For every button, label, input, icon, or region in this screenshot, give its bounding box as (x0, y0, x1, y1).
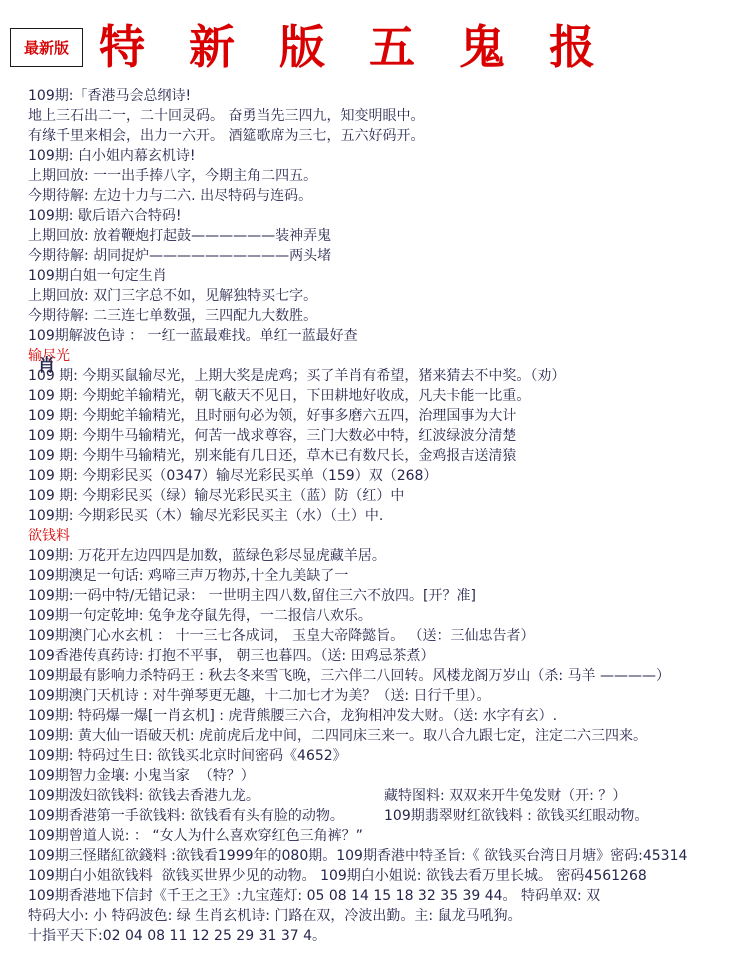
text-line: 今期待解: 二三连七单数强，三四配九大数胜。 (28, 306, 729, 326)
text-line: 上期回放: 一一出手捧八字，今期主角二四五。 (28, 166, 729, 186)
text-segment: 特码大小: 小 特码波色: 绿 生肖玄机诗: 门路在双，冷波出勤。主: 鼠龙马吼… (28, 908, 522, 924)
text-line: 欲钱料 (28, 526, 729, 546)
text-line: 109 期: 今期牛马输精光，何苦一战求尊容，三门大数必中特，红波绿波分清楚 (28, 426, 729, 446)
text-segment: 109期: 黄大仙一语破天机: 虎前虎后龙中间，二四同床三来一。取八合九跟七定，… (28, 728, 647, 744)
stray-char: 肖 (38, 356, 55, 376)
text-line: 109期一句定乾坤: 兔争龙夺鼠先得，一二报信八欢乐。 (28, 606, 729, 626)
text-segment: 109期澳足一句话: 鸡啼三声万物苏,十全九美缺了一 (28, 568, 348, 584)
text-line: 109期: 特码爆一爆[一肖玄机] : 虎背熊腰三六合，龙狗相冲发大财。（送: … (28, 706, 729, 726)
text-segment: 109期: 歇后语六合特码! (28, 208, 182, 224)
text-segment: 上期回放: 一一出手捧八字，今期主角二四五。 (28, 168, 317, 184)
text-line: 109期澳足一句话: 鸡啼三声万物苏,十全九美缺了一 (28, 566, 729, 586)
text-line: 特码大小: 小 特码波色: 绿 生肖玄机诗: 门路在双，冷波出勤。主: 鼠龙马吼… (28, 906, 729, 926)
text-segment: 109期: 今期彩民买（木）输尽光彩民买主（水）（土）中. (28, 508, 383, 524)
text-line: 109期:一码中特/无错记录： 一世明主四八数,留住三六不放四。[开？准] (28, 586, 729, 606)
text-segment: 109期三怪賭紅欲錢料 :欲钱看1999年的080期。109期香港中特圣旨:《 … (28, 848, 687, 864)
text-line: 109期香港地下信封《千王之王》:九宝莲灯: 05 08 14 15 18 32… (28, 886, 729, 906)
text-line: 109期: 今期彩民买（木）输尽光彩民买主（水）（土）中. (28, 506, 729, 526)
text-segment: 今期待解: 左边十力与二六. 出尽特码与连码。 (28, 188, 312, 204)
text-segment: 109期:一码中特/无错记录： 一世明主四八数,留住三六不放四。[开？准] (28, 588, 476, 604)
text-line: 109 期: 今期彩民买（绿）输尽光彩民买主（蓝）防（红）中 (28, 486, 729, 506)
text-line: 109期最有影响力杀特码王 : 秋去冬来雪飞晚，三六伴二八回转。风楼龙阁万岁山（… (28, 666, 729, 686)
text-segment: 109 期: 今期牛马输精光，别来能有几日还，草木已有数尺长，金鸡报吉送清猿 (28, 448, 516, 464)
text-segment: 109 期: 今期蛇羊输精光，且时丽句必为领，好事多磨六五四，治理国事为大计 (28, 408, 516, 424)
text-line: 109 期: 今期蛇羊输精光，朝飞蔽天不见日，下田耕地好收成，凡夫卡能一比重。 (28, 386, 729, 406)
text-segment: 109期智力金壤: 小鬼当家 （特？） (28, 768, 255, 784)
text-line: 109期: 白小姐内幕玄机诗! (28, 146, 729, 166)
text-line: 上期回放: 放着鞭炮打起鼓——————装神弄鬼 (28, 226, 729, 246)
latest-edition-badge: 最新版 (10, 28, 83, 67)
text-line: 109期澳门天机诗 : 对牛弹琴更无趣，十二加七才为美？（送: 日行千里）。 (28, 686, 729, 706)
text-segment-left: 109期香港第一手欲钱料: 欲钱看有头有脸的动物。 (28, 806, 384, 826)
text-segment: 109期白小姐欲钱料 欲钱买世界少见的动物。 109期白小姐说: 欲钱去看万里长… (28, 868, 647, 884)
text-segment: 109期白姐一句定生肖 (28, 268, 167, 284)
text-segment: 今期待解: 胡同捉炉——————————两头堵 (28, 248, 331, 264)
text-segment: 欲钱料 (28, 528, 70, 544)
text-line: 109 期: 今期买鼠输尽光，上期大奖是虎鸡；买了羊肖有希望，猪来猜去不中奖。（… (28, 366, 729, 386)
text-segment: 109期香港地下信封《千王之王》:九宝莲灯: 05 08 14 15 18 32… (28, 888, 600, 904)
text-line: 今期待解: 左边十力与二六. 出尽特码与连码。 (28, 186, 729, 206)
text-line: 109期白小姐欲钱料 欲钱买世界少见的动物。 109期白小姐说: 欲钱去看万里长… (28, 866, 729, 886)
text-segment: 109 期: 今期彩民买（0347）输尽光彩民买单（159）双（268） (28, 468, 437, 484)
text-segment: 109 期: 今期牛马输精光，何苦一战求尊容，三门大数必中特，红波绿波分清楚 (28, 428, 516, 444)
text-segment: 109期: 特码过生日: 欲钱买北京时间密码《4652》 (28, 748, 347, 764)
text-segment: 今期待解: 二三连七单数强，三四配九大数胜。 (28, 308, 317, 324)
text-line: 109期三怪賭紅欲錢料 :欲钱看1999年的080期。109期香港中特圣旨:《 … (28, 846, 729, 866)
text-line: 109期香港第一手欲钱料: 欲钱看有头有脸的动物。109期翡翠财红欲钱料 : 欲… (28, 806, 729, 826)
text-line: 十指平天下:02 04 08 11 12 25 29 31 37 4。 (28, 926, 729, 946)
text-segment-right: 109期翡翠财红欲钱料 : 欲钱买红眼动物。 (384, 808, 648, 824)
text-segment: 109期曾道人说: ： “女人为什么喜欢穿红色三角裤？” (28, 828, 363, 844)
text-line: 今期待解: 胡同捉炉——————————两头堵 (28, 246, 729, 266)
text-segment: 109期: 万花开左边四四是加数，蓝绿色彩尽显虎藏羊居。 (28, 548, 386, 564)
text-line: 有缘千里来相会，出力一六开。 酒筵歌席为三七，五六好码开。 (28, 126, 729, 146)
text-line: 109期白姐一句定生肖 (28, 266, 729, 286)
text-line: 109 期: 今期彩民买（0347）输尽光彩民买单（159）双（268） (28, 466, 729, 486)
text-segment: 109期澳门天机诗 : 对牛弹琴更无趣，十二加七才为美？（送: 日行千里）。 (28, 688, 491, 704)
page-title: 特 新 版 五 鬼 报 (99, 24, 597, 70)
text-segment: 109期:「香港马会总纲诗! (28, 88, 191, 104)
text-line: 109期:「香港马会总纲诗! (28, 86, 729, 106)
text-segment: 109期澳门心水玄机 ： 十一三七各成词， 玉皇大帝降懿旨。 （送：三仙忠告者） (28, 628, 535, 644)
page-header: 最新版 特 新 版 五 鬼 报 (0, 0, 729, 82)
text-segment: 109期: 特码爆一爆[一肖玄机] : 虎背熊腰三六合，龙狗相冲发大财。（送: … (28, 708, 557, 724)
text-segment: 十指平天下:02 04 08 11 12 25 29 31 37 4。 (28, 928, 326, 944)
text-line: 109 期: 今期蛇羊输精光，且时丽句必为领，好事多磨六五四，治理国事为大计 (28, 406, 729, 426)
text-segment: 有缘千里来相会，出力一六开。 酒筵歌席为三七，五六好码开。 (28, 128, 424, 144)
text-line: 109期解波色诗 ： 一红一蓝最难找。单红一蓝最好查 (28, 326, 729, 346)
text-line: 109期曾道人说: ： “女人为什么喜欢穿红色三角裤？” (28, 826, 729, 846)
text-segment-left: 109期泼妇欲钱料: 欲钱去香港九龙。 (28, 786, 384, 806)
text-line: 地上三石出二一，二十回灵码。 奋勇当先三四九，知变明眼中。 (28, 106, 729, 126)
text-line: 109期: 黄大仙一语破天机: 虎前虎后龙中间，二四同床三来一。取八合九跟七定，… (28, 726, 729, 746)
text-segment: 上期回放: 放着鞭炮打起鼓——————装神弄鬼 (28, 228, 331, 244)
text-segment: 地上三石出二一，二十回灵码。 奋勇当先三四九，知变明眼中。 (28, 108, 424, 124)
text-line: 109香港传真药诗: 打抱不平事， 朝三也暮四。（送: 田鸡忌茶煮） (28, 646, 729, 666)
text-line: 109 期: 今期牛马输精光，别来能有几日还，草木已有数尺长，金鸡报吉送清猿 (28, 446, 729, 466)
text-line: 109期泼妇欲钱料: 欲钱去香港九龙。藏特图料: 双双来开牛兔发财（开: ？） (28, 786, 729, 806)
content-lines: 109期:「香港马会总纲诗!地上三石出二一，二十回灵码。 奋勇当先三四九，知变明… (0, 82, 729, 956)
text-line: 109期: 特码过生日: 欲钱买北京时间密码《4652》 (28, 746, 729, 766)
text-line: 109期智力金壤: 小鬼当家 （特？） (28, 766, 729, 786)
text-segment: 109期最有影响力杀特码王 : 秋去冬来雪飞晚，三六伴二八回转。风楼龙阁万岁山（… (28, 668, 670, 684)
text-segment: 109 期: 今期蛇羊输精光，朝飞蔽天不见日，下田耕地好收成，凡夫卡能一比重。 (28, 388, 530, 404)
text-line: 上期回放: 双门三字总不如，见解独特买七字。 (28, 286, 729, 306)
text-segment: 109期解波色诗 ： 一红一蓝最难找。单红一蓝最好查 (28, 328, 358, 344)
text-line: 109期澳门心水玄机 ： 十一三七各成词， 玉皇大帝降懿旨。 （送：三仙忠告者） (28, 626, 729, 646)
text-segment: 109香港传真药诗: 打抱不平事， 朝三也暮四。（送: 田鸡忌茶煮） (28, 648, 435, 664)
text-line: 109期: 歇后语六合特码! (28, 206, 729, 226)
text-segment: 109 期: 今期买鼠输尽光，上期大奖是虎鸡；买了羊肖有希望，猪来猜去不中奖。（… (28, 368, 565, 384)
text-line: 109期: 万花开左边四四是加数，蓝绿色彩尽显虎藏羊居。 (28, 546, 729, 566)
text-segment: 109期: 白小姐内幕玄机诗! (28, 148, 196, 164)
text-segment: 109 期: 今期彩民买（绿）输尽光彩民买主（蓝）防（红）中 (28, 488, 404, 504)
text-segment: 109期一句定乾坤: 兔争龙夺鼠先得，一二报信八欢乐。 (28, 608, 372, 624)
text-segment-right: 藏特图料: 双双来开牛兔发财（开: ？） (384, 788, 626, 804)
text-segment: 上期回放: 双门三字总不如，见解独特买七字。 (28, 288, 317, 304)
text-line: 输尽光肖 (28, 346, 729, 366)
